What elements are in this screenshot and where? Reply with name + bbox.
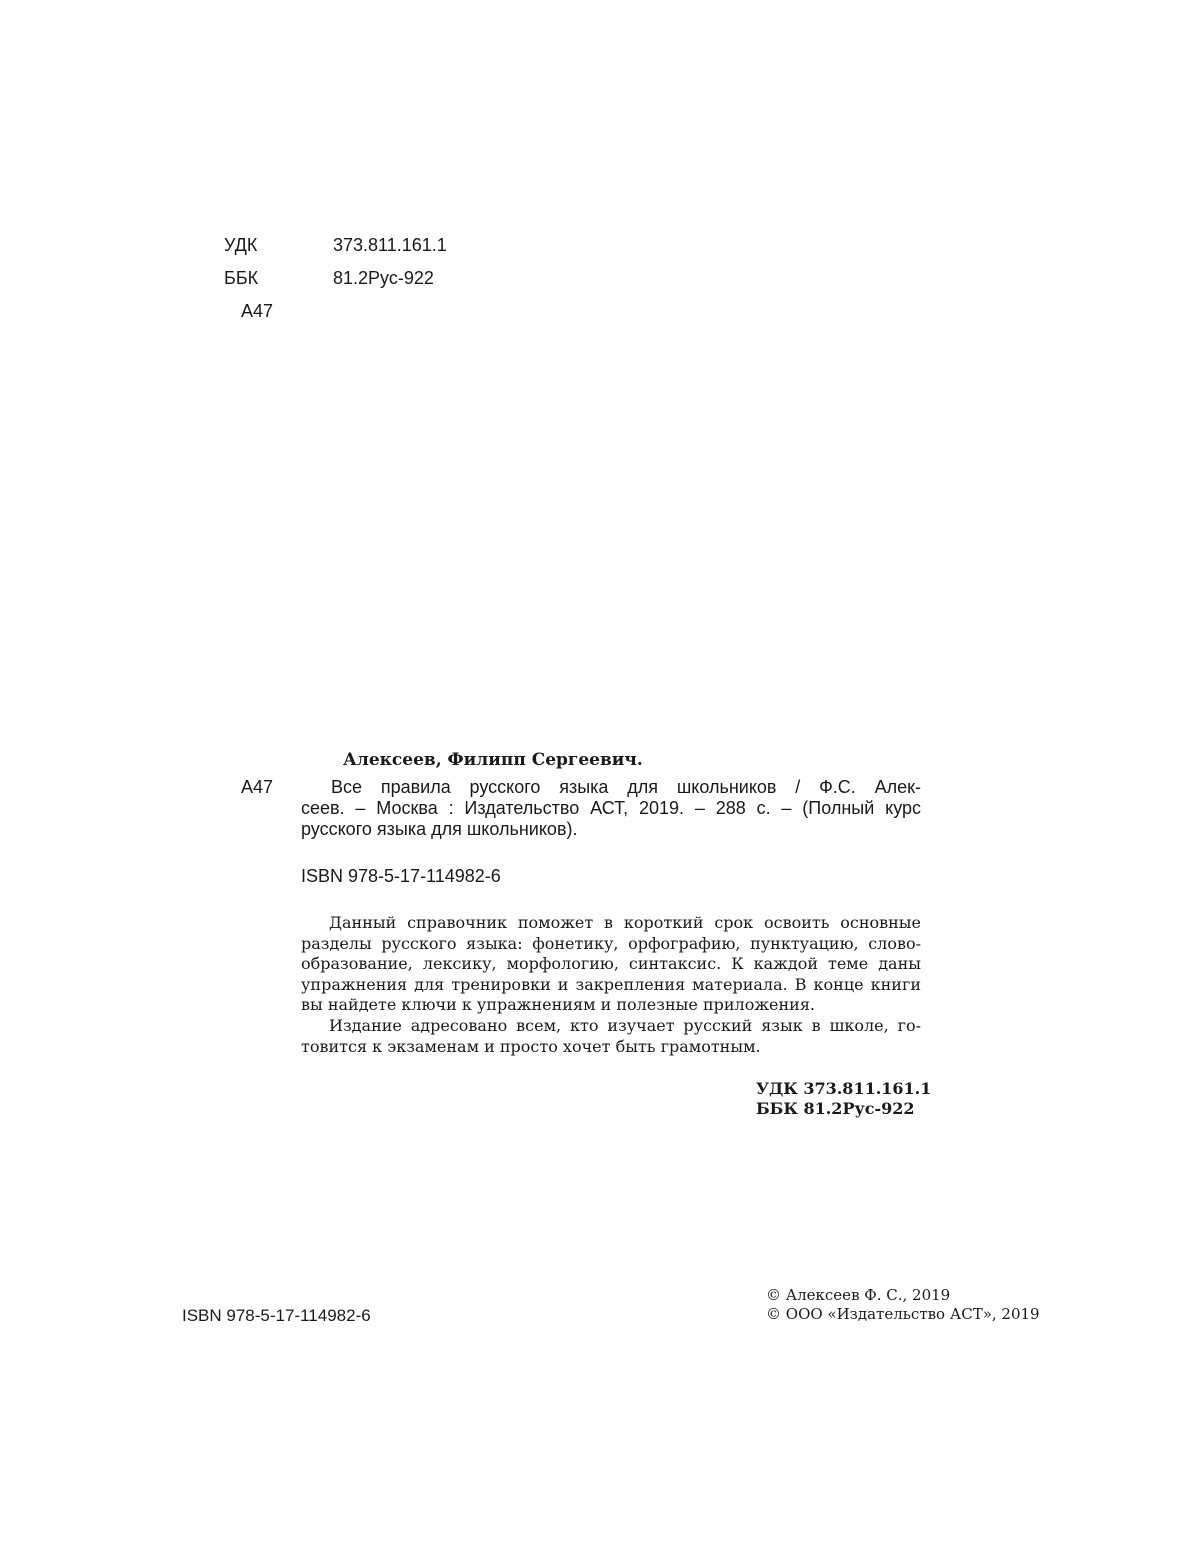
annotation-line: Данный справочник поможет в короткий сро…: [301, 913, 921, 934]
description-line: русского языка для школьников).: [301, 819, 921, 840]
card-description: Все правила русского языка для школьнико…: [301, 777, 921, 840]
annotation-line: товится к экзаменам и просто хочет быть …: [301, 1037, 921, 1058]
card-bbk: ББК 81.2Рус-922: [756, 1099, 915, 1119]
bbk-value: 81.2Рус-922: [333, 268, 434, 288]
udk-value: 373.811.161.1: [333, 235, 447, 255]
card-author-mark: А47: [241, 777, 273, 797]
annotation-line: вы найдете ключи к упражнениям и полезны…: [301, 995, 921, 1016]
copyright-publisher: © ООО «Издательство АСТ», 2019: [766, 1304, 1040, 1324]
copyright-author: © Алексеев Ф. С., 2019: [766, 1285, 950, 1305]
card-udk: УДК 373.811.161.1: [756, 1079, 931, 1099]
annotation-line: упражнения для тренировки и закрепления …: [301, 975, 921, 996]
annotation: Данный справочник поможет в короткий сро…: [301, 913, 921, 1057]
footer-isbn: ISBN 978-5-17-114982-6: [182, 1306, 371, 1326]
author-mark: А47: [241, 301, 273, 321]
card-isbn: ISBN 978-5-17-114982-6: [301, 866, 501, 886]
annotation-line: разделы русского языка: фонетику, орфогр…: [301, 934, 921, 955]
description-line: Все правила русского языка для школьнико…: [301, 777, 921, 798]
annotation-line: Издание адресовано всем, кто изучает рус…: [301, 1016, 921, 1037]
description-line: сеев. – Москва : Издательство АСТ, 2019.…: [301, 798, 921, 819]
card-author: Алексеев, Филипп Сергеевич.: [343, 750, 643, 770]
annotation-line: образование, лексику, морфологию, синтак…: [301, 954, 921, 975]
bbk-label: ББК: [224, 268, 258, 288]
udk-label: УДК: [224, 235, 257, 255]
